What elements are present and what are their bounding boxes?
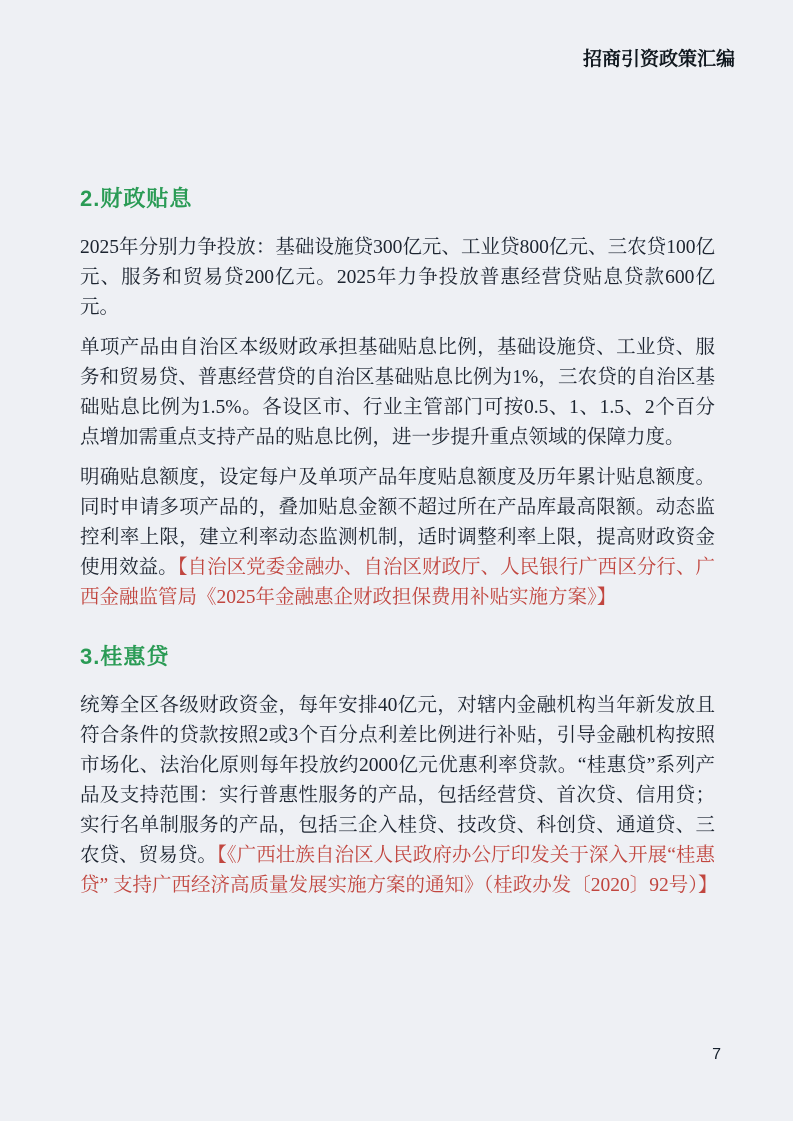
document-page: 招商引资政策汇编 2.财政贴息 2025年分别力争投放：基础设施贷300亿元、工… <box>0 0 793 1121</box>
paragraph-text: 2025年分别力争投放：基础设施贷300亿元、工业贷800亿元、三农贷100亿元… <box>80 237 715 318</box>
paragraph: 单项产品由自治区本级财政承担基础贴息比例，基础设施贷、工业贷、服务和贸易贷、普惠… <box>80 333 715 453</box>
paragraph-text: 统筹全区各级财政资金，每年安排40亿元，对辖内金融机构当年新发放且符合条件的贷款… <box>80 695 715 866</box>
paragraph: 2025年分别力争投放：基础设施贷300亿元、工业贷800亿元、三农贷100亿元… <box>80 233 715 323</box>
document-header-title: 招商引资政策汇编 <box>0 44 735 71</box>
paragraph: 统筹全区各级财政资金，每年安排40亿元，对辖内金融机构当年新发放且符合条件的贷款… <box>80 691 715 901</box>
paragraph: 明确贴息额度，设定每户及单项产品年度贴息额度及历年累计贴息额度。同时申请多项产品… <box>80 463 715 613</box>
page-number: 7 <box>712 1046 721 1064</box>
paragraph-text: 单项产品由自治区本级财政承担基础贴息比例，基础设施贷、工业贷、服务和贸易贷、普惠… <box>80 337 715 448</box>
section-heading-caizheng-tiexi: 2.财政贴息 <box>80 185 715 213</box>
document-content: 2.财政贴息 2025年分别力争投放：基础设施贷300亿元、工业贷800亿元、三… <box>80 185 715 911</box>
section-heading-guihuidai: 3.桂惠贷 <box>80 643 715 671</box>
